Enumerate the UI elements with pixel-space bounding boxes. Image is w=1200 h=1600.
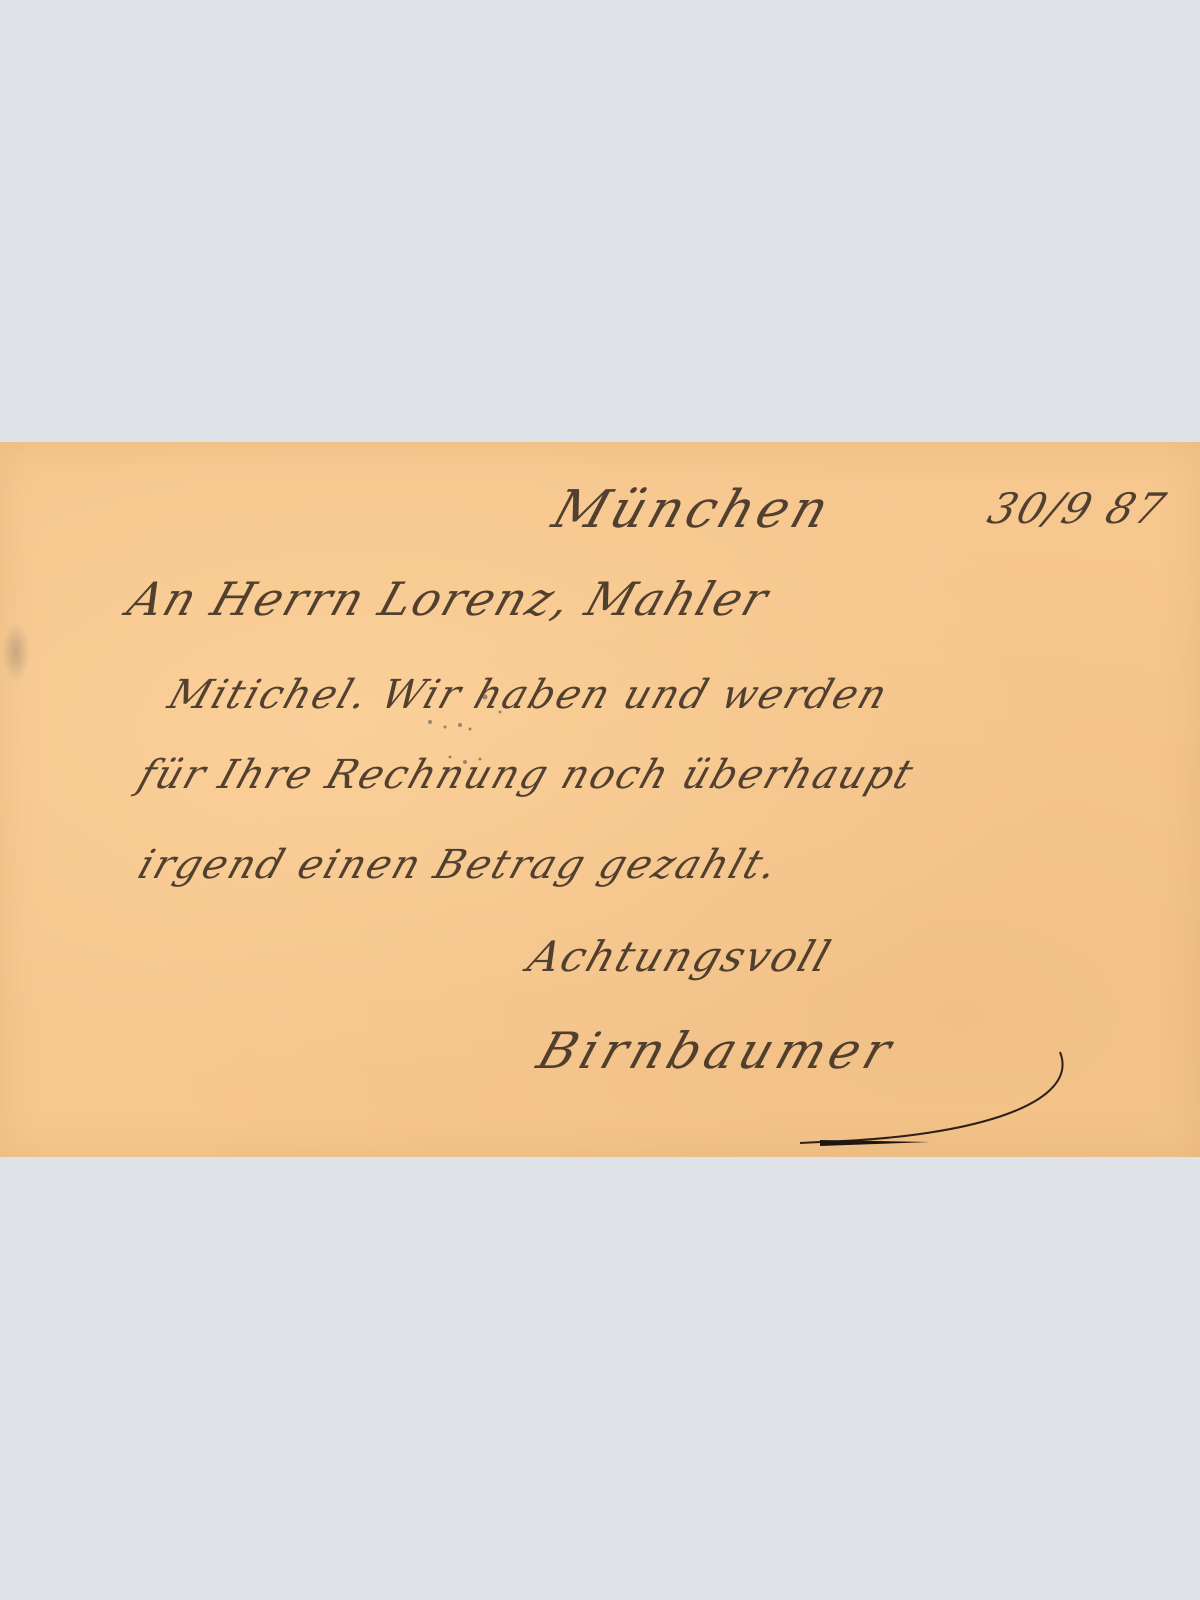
date: 30/9 87 bbox=[982, 484, 1173, 533]
body-line: irgend einen Betrag gezahlt. bbox=[133, 842, 786, 888]
postcard: München 30/9 87 An Herrn Lorenz, Mahler … bbox=[0, 442, 1200, 1157]
postmark-traces-icon bbox=[410, 677, 530, 777]
closing: Achtungsvoll bbox=[522, 932, 838, 981]
ink-smudge bbox=[2, 622, 30, 682]
place-name: München bbox=[545, 480, 840, 540]
signature-flourish-icon bbox=[760, 1042, 1080, 1152]
body-line: An Herrn Lorenz, Mahler bbox=[121, 572, 776, 626]
